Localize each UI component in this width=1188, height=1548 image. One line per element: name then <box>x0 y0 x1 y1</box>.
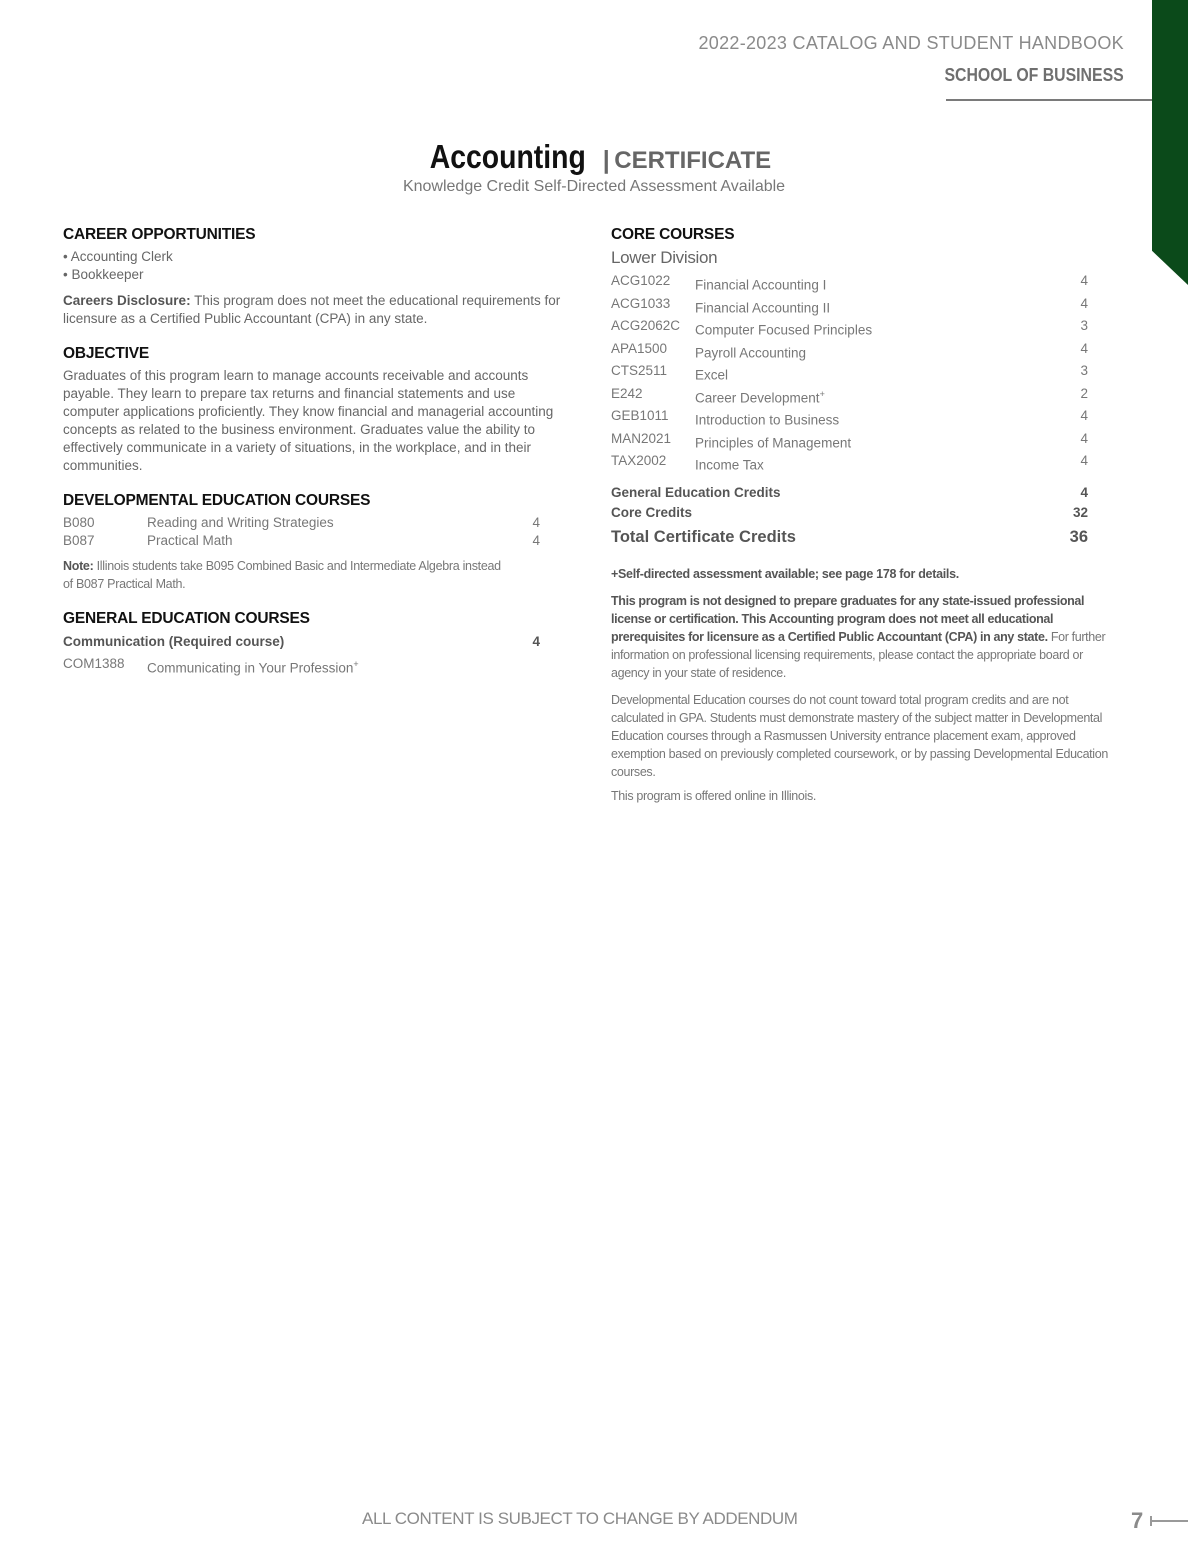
licensure-disclaimer: This program is not designed to prepare … <box>611 592 1123 682</box>
core-credits-value: 32 <box>1028 503 1088 523</box>
left-column: CAREER OPPORTUNITIES • Accounting Clerk … <box>63 226 573 678</box>
objective-text: Graduates of this program learn to manag… <box>63 367 573 475</box>
course-credits: 4 <box>1058 430 1088 453</box>
page-rule <box>1150 1520 1188 1522</box>
credential-type: CERTIFICATE <box>614 147 771 174</box>
course-row: ACG1022Financial Accounting I4 <box>611 272 1088 295</box>
course-code: ACG1033 <box>611 295 695 318</box>
course-code: B087 <box>63 532 147 550</box>
career-list: • Accounting Clerk • Bookkeeper <box>63 248 573 284</box>
note-label: Note: <box>63 559 93 573</box>
course-code: APA1500 <box>611 340 695 363</box>
total-credits-value: 36 <box>1028 524 1088 550</box>
header-divider <box>946 99 1152 101</box>
course-credits: 2 <box>1058 385 1088 408</box>
page-number: 7 <box>1131 1508 1143 1534</box>
course-name: Reading and Writing Strategies <box>147 514 510 532</box>
developmental-heading: DEVELOPMENTAL EDUCATION COURSES <box>63 492 573 510</box>
course-name: Communicating in Your Profession+ <box>147 655 540 678</box>
licensure-bold: This program is not designed to prepare … <box>611 594 1084 644</box>
gen-ed-group-credits: 4 <box>510 632 540 652</box>
program-subtitle: Knowledge Credit Self-Directed Assessmen… <box>0 178 1188 196</box>
gen-ed-credits-label: General Education Credits <box>611 483 1028 503</box>
course-code: MAN2021 <box>611 430 695 453</box>
self-directed-mark: + <box>353 659 358 669</box>
core-credits-label: Core Credits <box>611 503 1028 523</box>
course-row: E242Career Development+2 <box>611 385 1088 408</box>
course-name: Payroll Accounting <box>695 340 1058 363</box>
course-row: MAN2021Principles of Management4 <box>611 430 1088 453</box>
general-education-heading: GENERAL EDUCATION COURSES <box>63 610 573 628</box>
general-education-list: Communication (Required course) 4 COM138… <box>63 632 540 678</box>
course-row: ACG2062CComputer Focused Principles3 <box>611 317 1088 340</box>
core-credits-row: Core Credits 32 <box>611 503 1088 523</box>
course-name: Computer Focused Principles <box>695 317 1058 340</box>
course-credits: 4 <box>1058 452 1088 475</box>
course-code: COM1388 <box>63 655 147 678</box>
career-item: • Accounting Clerk <box>63 248 573 266</box>
course-row: B080 Reading and Writing Strategies 4 <box>63 514 540 532</box>
course-credits: 4 <box>510 514 540 532</box>
gen-ed-group: Communication (Required course) 4 <box>63 632 540 652</box>
course-credits: 4 <box>510 532 540 550</box>
developmental-info: Developmental Education courses do not c… <box>611 691 1123 781</box>
course-code: E242 <box>611 385 695 408</box>
course-credits: 3 <box>1058 362 1088 385</box>
course-name: Introduction to Business <box>695 407 1058 430</box>
course-name: Financial Accounting II <box>695 295 1058 318</box>
disclosure-label: Careers Disclosure: <box>63 293 191 308</box>
program-title: Accounting <box>430 138 586 176</box>
online-availability: This program is offered online in Illino… <box>611 787 1123 805</box>
course-name: Excel <box>695 362 1058 385</box>
course-row: CTS2511Excel3 <box>611 362 1088 385</box>
course-name: Principles of Management <box>695 430 1058 453</box>
course-code: GEB1011 <box>611 407 695 430</box>
self-directed-footnote: +Self-directed assessment available; see… <box>611 565 1123 583</box>
credit-totals: General Education Credits 4 Core Credits… <box>611 483 1088 550</box>
course-credits: 4 <box>1058 340 1088 363</box>
course-row: GEB1011Introduction to Business4 <box>611 407 1088 430</box>
course-name: Career Development+ <box>695 385 1058 408</box>
right-column: CORE COURSES Lower Division ACG1022Finan… <box>611 226 1123 805</box>
course-code: CTS2511 <box>611 362 695 385</box>
course-row: APA1500Payroll Accounting4 <box>611 340 1088 363</box>
course-credits: 3 <box>1058 317 1088 340</box>
note-text: Illinois students take B095 Combined Bas… <box>63 559 501 591</box>
course-credits: 4 <box>1058 295 1088 318</box>
program-title-block: Accounting | CERTIFICATE Knowledge Credi… <box>0 138 1188 196</box>
school-name: SCHOOL OF BUSINESS <box>945 65 1124 86</box>
footer-notice: ALL CONTENT IS SUBJECT TO CHANGE BY ADDE… <box>362 1509 798 1529</box>
course-credits: 4 <box>1058 272 1088 295</box>
core-subheading: Lower Division <box>611 248 1123 268</box>
career-heading: CAREER OPPORTUNITIES <box>63 226 573 244</box>
developmental-note: Note: Illinois students take B095 Combin… <box>63 557 503 593</box>
gen-ed-credits-value: 4 <box>1028 483 1088 503</box>
title-separator: | <box>603 146 610 174</box>
total-credits-label: Total Certificate Credits <box>611 524 1028 550</box>
course-code: ACG2062C <box>611 317 695 340</box>
course-name: Practical Math <box>147 532 510 550</box>
course-row: COM1388 Communicating in Your Profession… <box>63 655 540 678</box>
catalog-title: 2022-2023 CATALOG AND STUDENT HANDBOOK <box>698 33 1124 54</box>
developmental-course-list: B080 Reading and Writing Strategies 4 B0… <box>63 514 540 550</box>
core-heading: CORE COURSES <box>611 226 1123 244</box>
gen-ed-group-label: Communication (Required course) <box>63 632 510 652</box>
self-directed-mark: + <box>820 389 825 399</box>
course-code: TAX2002 <box>611 452 695 475</box>
objective-heading: OBJECTIVE <box>63 345 573 363</box>
careers-disclosure: Careers Disclosure: This program does no… <box>63 292 573 328</box>
course-row: TAX2002Income Tax4 <box>611 452 1088 475</box>
course-code: B080 <box>63 514 147 532</box>
gen-ed-credits-row: General Education Credits 4 <box>611 483 1088 503</box>
total-credits-row: Total Certificate Credits 36 <box>611 524 1088 550</box>
core-course-list: ACG1022Financial Accounting I4ACG1033Fin… <box>611 272 1088 475</box>
course-code: ACG1022 <box>611 272 695 295</box>
career-item: • Bookkeeper <box>63 266 573 284</box>
course-name: Financial Accounting I <box>695 272 1058 295</box>
course-credits: 4 <box>1058 407 1088 430</box>
course-name: Income Tax <box>695 452 1058 475</box>
course-row: ACG1033Financial Accounting II4 <box>611 295 1088 318</box>
course-row: B087 Practical Math 4 <box>63 532 540 550</box>
